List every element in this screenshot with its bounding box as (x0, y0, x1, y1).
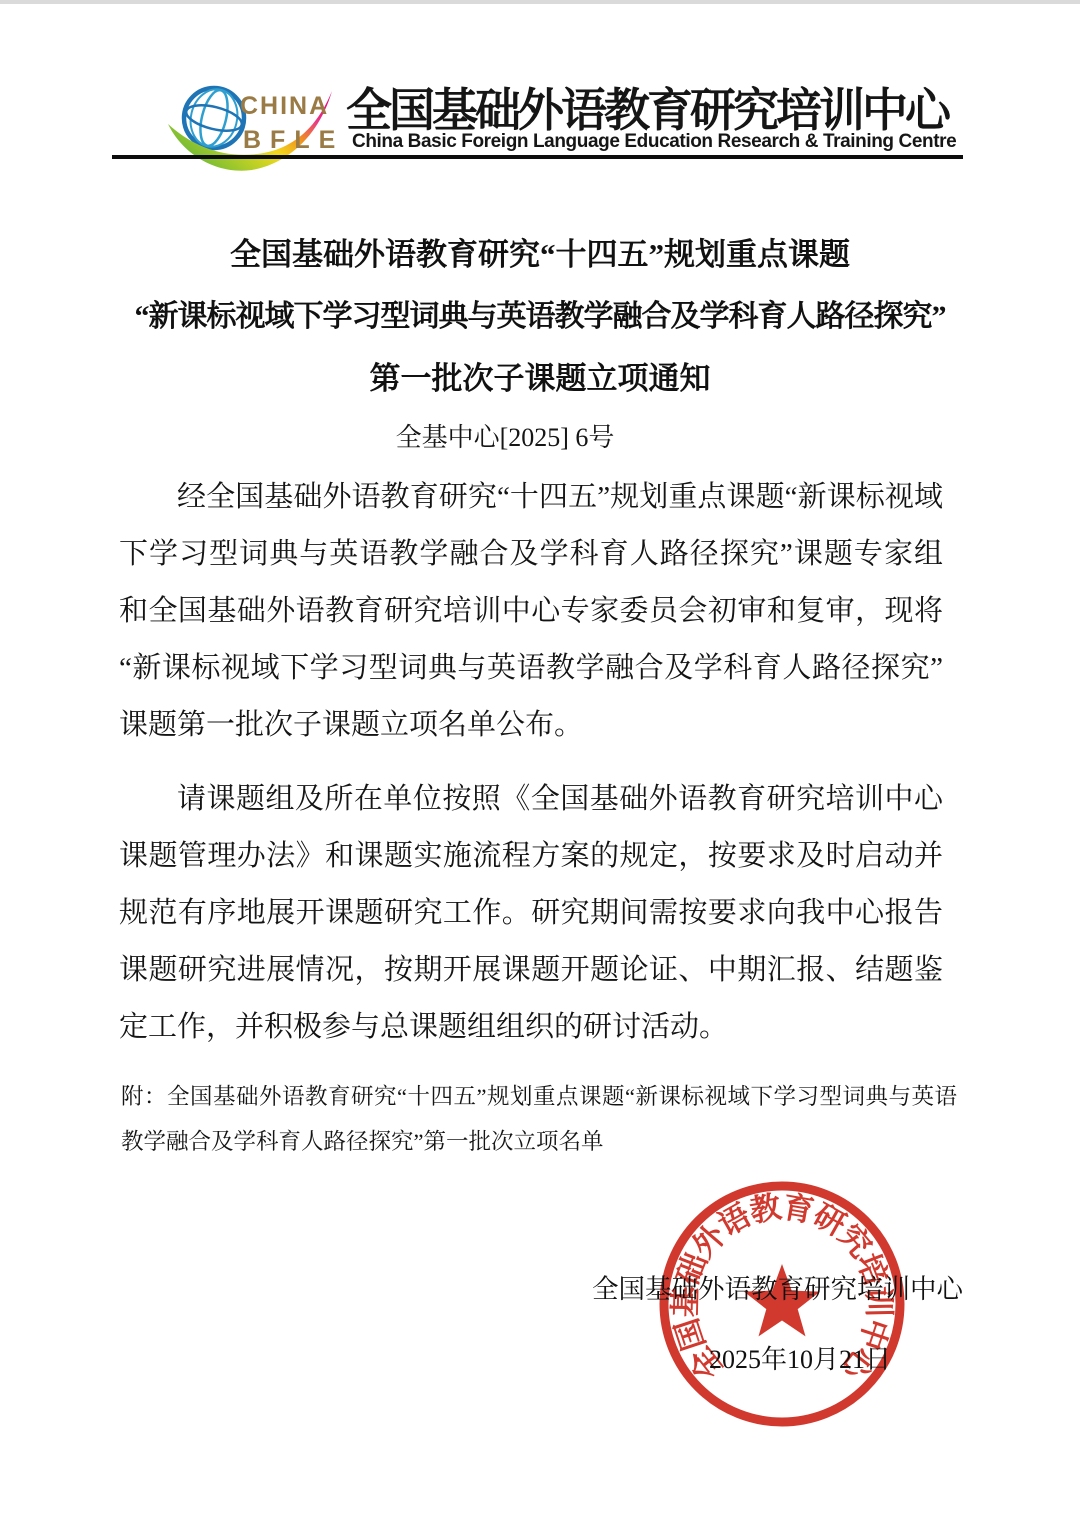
logo-word-bfle: BFLE (243, 126, 339, 154)
document-title-line3: 第一批次子课题立项通知 (0, 353, 1080, 398)
svg-text:教: 教 (747, 1189, 785, 1229)
header-divider-rule (112, 155, 963, 159)
document-title-line1: 全国基础外语教育研究“十四五”规划重点课题 (0, 229, 1080, 274)
document-page: CHINA BFLE 全国基础外语教育研究培训中心 China Basic Fo… (0, 0, 1080, 1528)
document-number: 全基中心[2025] 6号 (0, 417, 1010, 454)
seal-graphic: 全国基础外语教育研究培训中心 (654, 1176, 910, 1432)
header-org-name-chinese: 全国基础外语教育研究培训中心 (346, 74, 931, 136)
body-paragraph-1: 经全国基础外语教育研究“十四五”规划重点课题“新课标视域下学习型词典与英语教学融… (119, 469, 943, 754)
attachment-note: 附：全国基础外语教育研究“十四五”规划重点课题“新课标视域下学习型词典与英语教学… (121, 1074, 957, 1164)
body-paragraph-2: 请课题组及所在单位按照《全国基础外语教育研究培训中心课题管理办法》和课题实施流程… (119, 771, 943, 1056)
signature-date: 2025年10月21日 (660, 1339, 940, 1376)
page-top-edge (0, 0, 1080, 4)
header-org-name-english: China Basic Foreign Language Education R… (352, 131, 937, 155)
logo-word-china: CHINA (240, 92, 329, 120)
document-title-line2: “新课标视域下学习型词典与英语教学融合及学科育人路径探究” (0, 291, 1080, 335)
globe-icon (184, 84, 245, 151)
signature-org-name: 全国基础外语教育研究培训中心 (592, 1267, 963, 1299)
document-body: 经全国基础外语教育研究“十四五”规划重点课题“新课标视域下学习型词典与英语教学融… (119, 469, 943, 1056)
official-seal-stamp: 全国基础外语教育研究培训中心 (654, 1176, 910, 1432)
